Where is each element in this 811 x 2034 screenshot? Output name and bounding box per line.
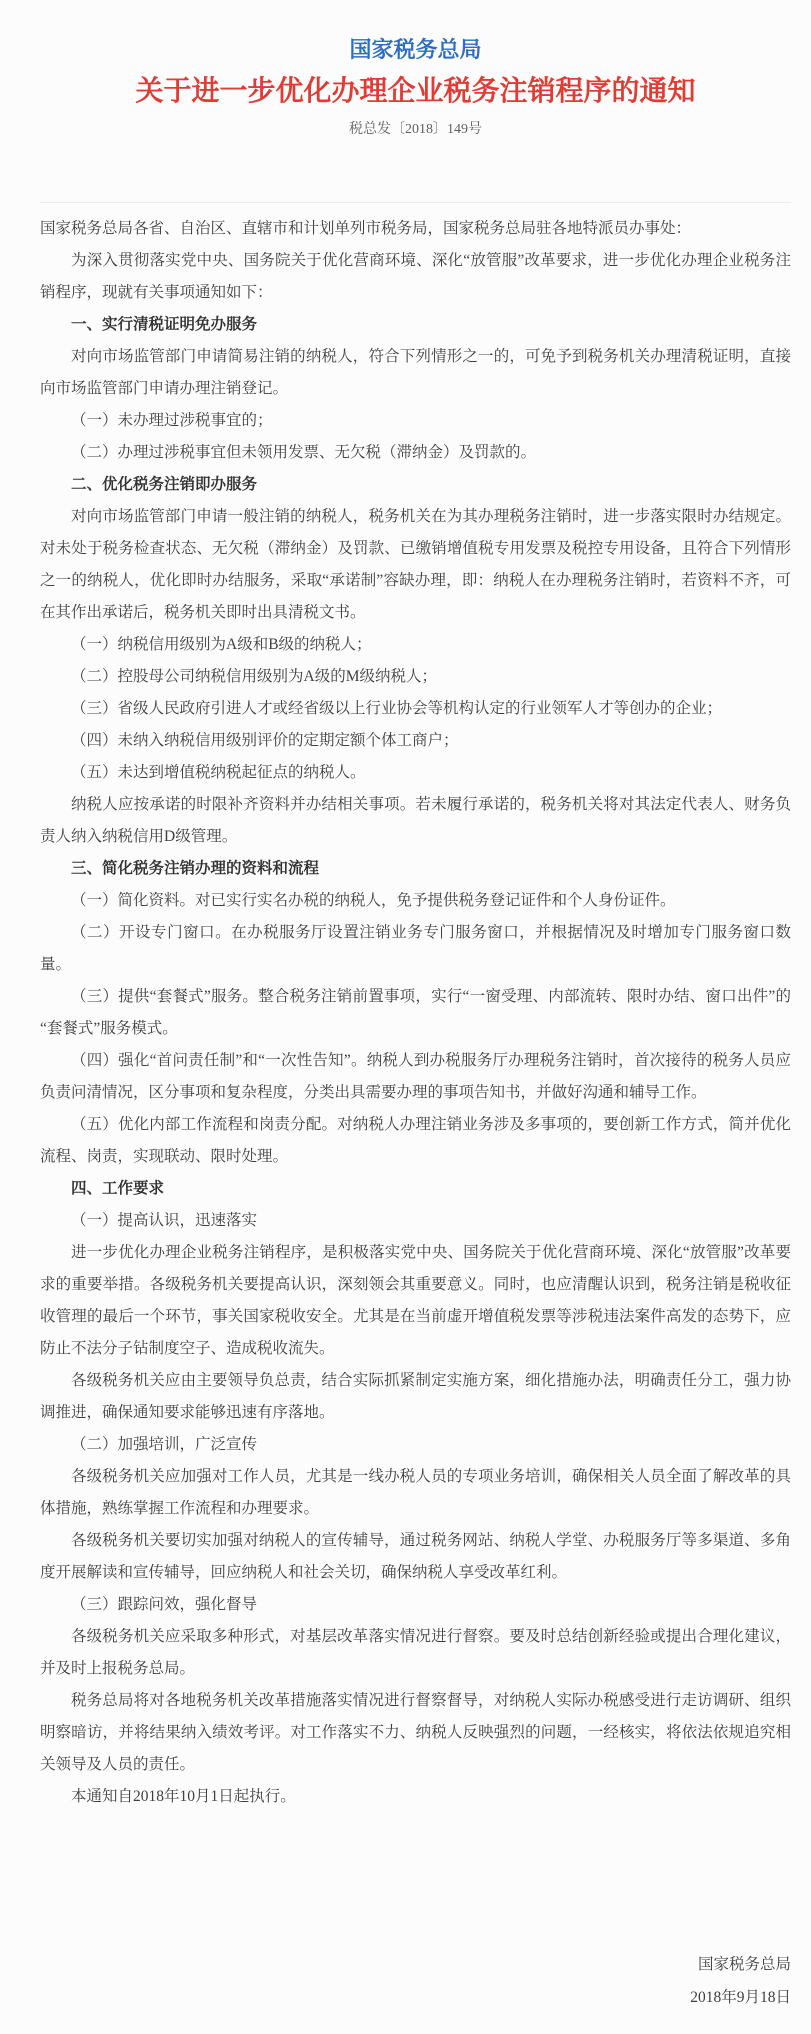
notice-title: 关于进一步优化办理企业税务注销程序的通知: [40, 74, 791, 108]
paragraph: （五）优化内部工作流程和岗责分配。对纳税人办理注销业务涉及多事项的，要创新工作方…: [40, 1109, 791, 1173]
paragraph: （一）提高认识，迅速落实: [40, 1205, 791, 1237]
paragraph-list: 为深入贯彻落实党中央、国务院关于优化营商环境、深化“放管服”改革要求，进一步优化…: [40, 245, 791, 1813]
section-heading: 一、实行清税证明免办服务: [40, 309, 791, 341]
paragraph: （二）控股母公司纳税信用级别为A级的M级纳税人；: [40, 661, 791, 693]
paragraph: （二）加强培训，广泛宣传: [40, 1429, 791, 1461]
notice-document: 国家税务总局 关于进一步优化办理企业税务注销程序的通知 税总发〔2018〕149…: [0, 0, 811, 2034]
paragraph: 税务总局将对各地税务机关改革措施落实情况进行督察督导，对纳税人实际办税感受进行走…: [40, 1685, 791, 1781]
paragraph: （四）未纳入纳税信用级别评价的定期定额个体工商户；: [40, 725, 791, 757]
paragraph: （一）简化资料。对已实行实名办税的纳税人，免予提供税务登记证件和个人身份证件。: [40, 885, 791, 917]
paragraph: 各级税务机关要切实加强对纳税人的宣传辅导，通过税务网站、纳税人学堂、办税服务厅等…: [40, 1525, 791, 1589]
paragraph: 为深入贯彻落实党中央、国务院关于优化营商环境、深化“放管服”改革要求，进一步优化…: [40, 245, 791, 309]
document-header: 国家税务总局 关于进一步优化办理企业税务注销程序的通知 税总发〔2018〕149…: [40, 0, 791, 138]
paragraph: （二）办理过涉税事宜但未领用发票、无欠税（滞纳金）及罚款的。: [40, 437, 791, 469]
paragraph: 进一步优化办理企业税务注销程序，是积极落实党中央、国务院关于优化营商环境、深化“…: [40, 1237, 791, 1365]
paragraph: （三）提供“套餐式”服务。整合税务注销前置事项，实行“一窗受理、内部流转、限时办…: [40, 981, 791, 1045]
paragraph: 对向市场监管部门申请一般注销的纳税人，税务机关在为其办理税务注销时，进一步落实限…: [40, 501, 791, 629]
signature-block: 国家税务总局 2018年9月18日: [40, 1948, 791, 2014]
paragraph: （一）纳税信用级别为A级和B级的纳税人；: [40, 629, 791, 661]
issuing-agency: 国家税务总局: [40, 0, 791, 62]
paragraph: （四）强化“首问责任制”和“一次性告知”。纳税人到办税服务厅办理税务注销时，首次…: [40, 1045, 791, 1109]
paragraph: 本通知自2018年10月1日起执行。: [40, 1781, 791, 1813]
section-heading: 四、工作要求: [40, 1173, 791, 1205]
paragraph: （二）开设专门窗口。在办税服务厅设置注销业务专门服务窗口，并根据情况及时增加专门…: [40, 917, 791, 981]
section-heading: 三、简化税务注销办理的资料和流程: [40, 853, 791, 885]
document-body: 国家税务总局各省、自治区、直辖市和计划单列市税务局，国家税务总局驻各地特派员办事…: [40, 213, 791, 1813]
section-heading: 二、优化税务注销即办服务: [40, 469, 791, 501]
paragraph: （一）未办理过涉税事宜的；: [40, 405, 791, 437]
paragraph: 对向市场监管部门申请简易注销的纳税人，符合下列情形之一的，可免予到税务机关办理清…: [40, 341, 791, 405]
paragraph: （三）跟踪问效，强化督导: [40, 1589, 791, 1621]
paragraph: 纳税人应按承诺的时限补齐资料并办结相关事项。若未履行承诺的，税务机关将对其法定代…: [40, 789, 791, 853]
paragraph: 各级税务机关应由主要领导负总责，结合实际抓紧制定实施方案，细化措施办法，明确责任…: [40, 1365, 791, 1429]
paragraph: 各级税务机关应加强对工作人员，尤其是一线办税人员的专项业务培训，确保相关人员全面…: [40, 1461, 791, 1525]
signature-date: 2018年9月18日: [40, 1981, 791, 2014]
paragraph: 各级税务机关应采取多种形式，对基层改革落实情况进行督察。要及时总结创新经验或提出…: [40, 1621, 791, 1685]
document-number: 税总发〔2018〕149号: [40, 122, 791, 138]
signature-agency: 国家税务总局: [40, 1948, 791, 1981]
header-divider: [40, 202, 791, 203]
paragraph: （三）省级人民政府引进人才或经省级以上行业协会等机构认定的行业领军人才等创办的企…: [40, 693, 791, 725]
paragraph: （五）未达到增值税纳税起征点的纳税人。: [40, 757, 791, 789]
salutation: 国家税务总局各省、自治区、直辖市和计划单列市税务局，国家税务总局驻各地特派员办事…: [40, 213, 791, 245]
